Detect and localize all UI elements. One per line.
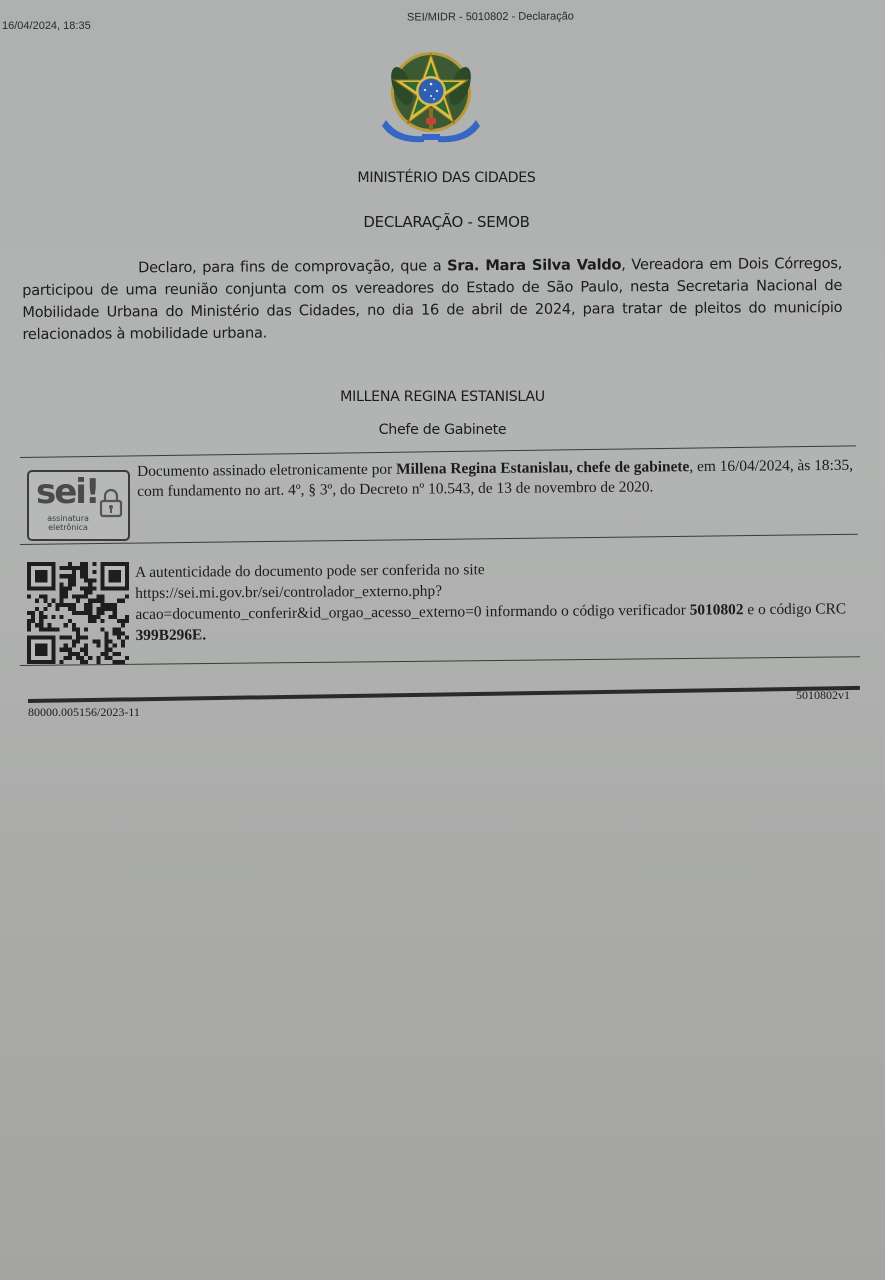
signature-text-before: Documento assinado eletronicamente por — [137, 461, 396, 480]
qr-code-icon[interactable] — [27, 562, 129, 664]
document-version: 5010802v1 — [796, 688, 850, 703]
footer-double-rule — [28, 686, 860, 703]
authenticity-url-line2: acao=documento_conferir&id_orgao_acesso_… — [135, 603, 481, 623]
brazil-coat-of-arms-icon — [378, 46, 484, 152]
divider — [20, 534, 858, 545]
sei-logo-text: sei! — [36, 472, 98, 512]
signer-name: MILLENA REGINA ESTANISLAU — [0, 389, 885, 405]
declaration-body: Declaro, para fins de comprovação, que a… — [22, 253, 843, 346]
sei-logo-subtitle: assinatura eletrônica — [38, 514, 98, 532]
print-datetime: 16/04/2024, 18:35 — [2, 20, 91, 32]
electronic-signature-statement: Documento assinado eletronicamente por M… — [137, 456, 857, 502]
authenticity-statement: A autenticidade do documento pode ser co… — [135, 556, 866, 646]
authenticity-end: . — [202, 626, 206, 643]
verifier-code: 5010802 — [690, 601, 744, 618]
padlock-icon — [99, 488, 123, 518]
document-title: DECLARAÇÃO - SEMOB — [8, 213, 885, 231]
sei-electronic-signature-seal: sei! assinatura eletrônica — [27, 470, 130, 541]
scanned-document-page: 16/04/2024, 18:35 SEI/MIDR - 5010802 - D… — [0, 0, 885, 1280]
declared-person: Sra. Mara Silva Valdo — [447, 256, 621, 274]
signature-signer: Millena Regina Estanislau, chefe de gabi… — [396, 458, 689, 478]
process-number: 80000.005156/2023-11 — [28, 705, 140, 720]
sei-sub-line2: eletrônica — [38, 523, 98, 532]
crc-code: 399B296E — [136, 626, 203, 644]
authenticity-mid-text: informando o código verificador — [481, 602, 689, 621]
ministry-name: MINISTÉRIO DAS CIDADES — [8, 170, 885, 186]
print-document-title: SEI/MIDR - 5010802 - Declaração — [407, 10, 574, 23]
body-text-part1: Declaro, para fins de comprovação, que a — [138, 257, 447, 276]
signer-role: Chefe de Gabinete — [0, 422, 885, 438]
divider — [20, 656, 860, 666]
sei-sub-line1: assinatura — [38, 514, 98, 523]
authenticity-mid-text2: e o código CRC — [743, 600, 846, 618]
